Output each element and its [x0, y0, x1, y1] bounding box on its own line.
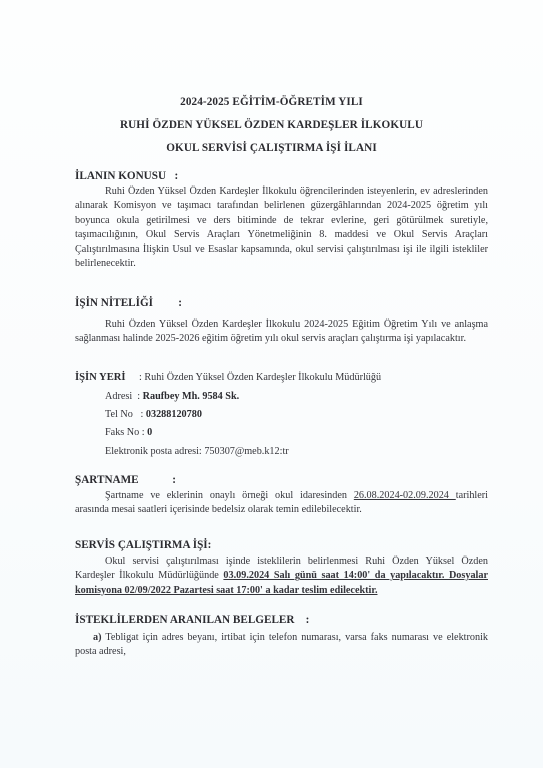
title-academic-year: 2024-2025 EĞİTİM-ÖĞRETİM YILI	[0, 91, 543, 114]
ilanin-konusu-text: Ruhi Özden Yüksel Özden Kardeşler İlkoku…	[75, 186, 488, 269]
phone-label: Tel No :	[105, 409, 146, 420]
contact-info: Adresi : Raufbey Mh. 9584 Sk. Tel No : 0…	[105, 388, 289, 461]
sartname-date-range: 26.08.2024-02.09.2024	[354, 490, 456, 501]
email-row: Elektronik posta adresi: 750307@meb.k12:…	[105, 443, 289, 461]
title-announcement: OKUL SERVİSİ ÇALIŞTIRMA İŞİ İLANI	[0, 137, 543, 160]
isin-yeri-row: İŞİN YERİ: Ruhi Özden Yüksel Özden Karde…	[75, 372, 381, 383]
heading-istenen-belgeler: İSTEKLİLERDEN ARANILAN BELGELER :	[75, 614, 309, 626]
heading-isin-yeri: İŞİN YERİ	[75, 372, 139, 383]
title-school-name: RUHİ ÖZDEN YÜKSEL ÖZDEN KARDEŞLER İLKOKU…	[0, 114, 543, 137]
phone-row: Tel No : 03288120780	[105, 406, 289, 424]
email-label: Elektronik posta adresi:	[105, 446, 204, 457]
item-a-label: a)	[93, 632, 102, 643]
phone-value: 03288120780	[146, 409, 202, 420]
address-row: Adresi : Raufbey Mh. 9584 Sk.	[105, 388, 289, 406]
paragraph-servis-calistirma: Okul servisi çalıştırılması işinde istek…	[75, 555, 488, 598]
isin-yeri-value: : Ruhi Özden Yüksel Özden Kardeşler İlko…	[139, 372, 381, 383]
address-value: Raufbey Mh. 9584 Sk.	[143, 391, 240, 402]
fax-value: 0	[147, 427, 152, 438]
fax-label: Faks No :	[105, 427, 147, 438]
paragraph-sartname: Şartname ve eklerinin onaylı örneği okul…	[75, 489, 488, 518]
address-label: Adresi :	[105, 391, 143, 402]
email-value: 750307@meb.k12:tr	[204, 446, 288, 457]
paragraph-istenen-belgeler: a) Tebligat için adres beyanı, irtibat i…	[75, 631, 488, 660]
paragraph-isin-niteligi: Ruhi Özden Yüksel Özden Kardeşler İlkoku…	[75, 318, 488, 347]
document-page: 2024-2025 EĞİTİM-ÖĞRETİM YILI RUHİ ÖZDEN…	[0, 0, 543, 768]
isin-niteligi-text: Ruhi Özden Yüksel Özden Kardeşler İlkoku…	[75, 319, 488, 344]
heading-servis-calistirma: SERVİS ÇALIŞTIRMA İŞİ:	[75, 539, 211, 551]
heading-ilanin-konusu: İLANIN KONUSU :	[75, 170, 178, 182]
document-title: 2024-2025 EĞİTİM-ÖĞRETİM YILI RUHİ ÖZDEN…	[0, 91, 543, 160]
sartname-text-before: Şartname ve eklerinin onaylı örneği okul…	[105, 490, 354, 501]
heading-isin-niteligi: İŞİN NİTELİĞİ :	[75, 297, 182, 309]
fax-row: Faks No : 0	[105, 424, 289, 442]
item-a-text: Tebligat için adres beyanı, irtibat için…	[75, 632, 488, 657]
paragraph-ilanin-konusu: Ruhi Özden Yüksel Özden Kardeşler İlkoku…	[75, 185, 488, 271]
heading-sartname: ŞARTNAME :	[75, 474, 176, 486]
